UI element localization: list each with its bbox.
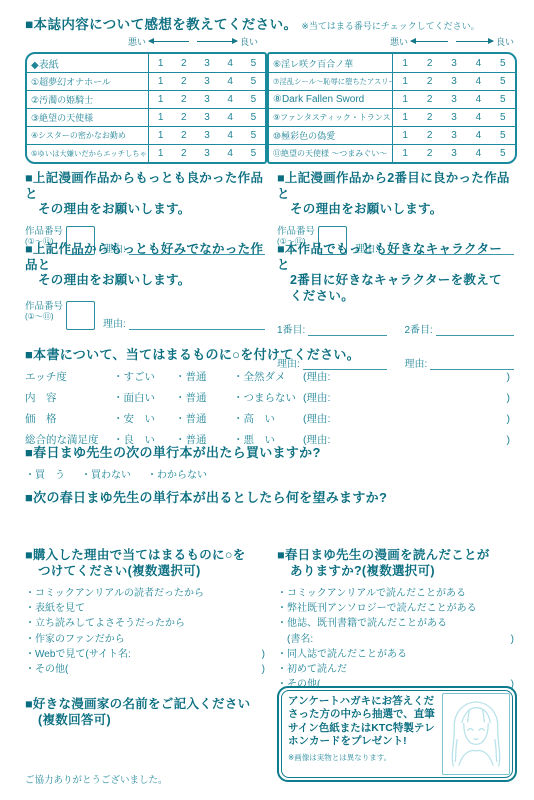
section-title: ■本書について、当てはまるものに○を付けてください。 [25,347,510,363]
rating-option: ・すごい [113,369,175,384]
rating-number: 2 [417,126,441,144]
reason-close: ) [507,413,511,425]
rating-number: 2 [172,144,195,162]
rating-row: エッチ度 ・すごい ・普通 ・全然ダメ (理由: ) [25,369,510,384]
scale-bad-label: 悪い [128,35,146,48]
rating-number: 5 [491,54,515,72]
rating-number: 3 [442,144,466,162]
reason-close: ) [507,371,511,383]
survey-row-label: ⑦淫乱シール～恥辱に堕ちたアスリート～ [269,72,393,90]
rating-number: 2 [172,72,195,90]
rating-number: 2 [417,108,441,126]
rating-number: 5 [242,54,265,72]
rating-number: 4 [466,54,490,72]
rating-number: 5 [491,108,515,126]
rating-number: 1 [149,126,172,144]
rating-scale-left: 悪い 良い [128,35,258,48]
work-number-label: 作品番号 [25,226,63,237]
reason-open: (理由: [303,369,330,384]
section-title: ■購入した理由で当てはまるものに○を つけてください(複数選択可) [25,548,265,579]
survey-row-label: ⑤ゆいは大嫌いだからエッチしちゃうの! [27,144,149,162]
rating-row: 価 格 ・安 い ・普通 ・高 い (理由: ) [25,411,510,426]
questionnaire-page: ■本誌内容について感想を教えてください。 ※当てはまる番号にチェックしてください… [0,0,534,800]
option-unsure: ・わからない [147,466,207,481]
rating-option: ・面白い [113,390,175,405]
survey-row-label: ⑧Dark Fallen Sword [269,90,393,108]
section-title: ■春日まゆ先生の漫画を読んだことが ありますか?(複数選択可) [277,548,514,579]
section-note: ※当てはまる番号にチェックしてください。 [301,19,479,32]
scale-good-label: 良い [496,35,514,48]
rating-number: 1 [149,108,172,126]
rating-number: 2 [172,126,195,144]
rating-number: 5 [491,144,515,162]
first-choice-underline [308,323,386,336]
rating-number: 4 [466,72,490,90]
character-sketch-icon [443,694,509,774]
section-title: ■好きな漫画家の名前をご記入ください (複数回答可) [25,697,265,728]
rating-number: 4 [219,108,242,126]
reason-close: ) [507,434,511,446]
rating-number: 2 [417,72,441,90]
rating-number: 1 [393,90,417,108]
least-liked-section: ■上記作品からもっとも好みでなかった作品と その理由をお願いします。 作品番号 … [25,242,265,331]
rating-number: 1 [149,90,172,108]
next-book-options: ・買 う ・買わない ・わからない [25,466,510,481]
rating-number: 3 [442,90,466,108]
work-number-label: 作品番号 [277,226,315,237]
rating-number: 4 [466,126,490,144]
rating-option: ・つまらない [233,390,303,405]
arrow-right-icon [197,41,237,43]
rating-number: 1 [393,54,417,72]
rating-number: 5 [491,72,515,90]
rating-number: 5 [491,126,515,144]
reason-underline [129,317,265,330]
prize-box: アンケートハガキにお答えくださった方の中から抽選で、直筆サイン色紙またはKTC特… [277,686,517,782]
rating-number: 1 [393,144,417,162]
rating-number: 2 [172,54,195,72]
rating-number: 1 [149,54,172,72]
section-title: ■上記作品からもっとも好みでなかった作品と その理由をお願いします。 [25,242,265,289]
rating-scale-right: 悪い 良い [390,35,514,48]
survey-row-label: ⑨ファンタスティック・トランスビースト [269,108,393,126]
read-before-list: ・コミックアンリアルで読んだことがある ・弊社既刊アンソロジーで読んだことがある… [277,586,514,692]
list-item: ・コミックアンリアルで読んだことがある [277,586,514,601]
purchase-reason-list: ・コミックアンリアルの読者だったから ・表紙を見て ・立ち読みしてよさそうだった… [25,586,265,677]
first-choice-label: 1番目: [277,321,305,336]
rating-number: 3 [442,108,466,126]
rating-number: 2 [417,90,441,108]
list-item: ・立ち読みしてよさそうだったから [25,616,265,631]
rating-number: 1 [393,126,417,144]
rating-number: 1 [393,108,417,126]
favorite-artist-section: ■好きな漫画家の名前をご記入ください (複数回答可) [25,697,265,728]
list-item: ・他誌、既刊書籍で読んだことがある [277,616,514,631]
rating-number: 3 [195,108,218,126]
prize-note: ※画像は実物とは異なります。 [288,751,436,764]
second-choice-underline [436,323,514,336]
rating-number: 4 [219,90,242,108]
survey-row-label: ③絶望の天使様 [27,108,149,126]
rating-number: 4 [466,90,490,108]
section-title: ■本誌内容について感想を教えてください。 [25,13,297,33]
option-buy: ・買 う [25,466,65,481]
work-number-box [66,301,95,330]
prize-illustration [442,693,510,775]
rating-row: 内 容 ・面白い ・普通 ・つまらない (理由: ) [25,390,510,405]
rating-number: 4 [219,126,242,144]
rating-number: 1 [149,144,172,162]
section-title: ■上記漫画作品からもっとも良かった作品と その理由をお願いします。 [25,171,265,218]
wish-section: ■次の春日まゆ先生の単行本が出るとしたら何を望みますか? [25,490,510,506]
section-title: ■本作品でもっとも好きなキャラクターと 2番目に好きなキャラクターを教えてくださ… [277,242,514,304]
arrow-right-icon [456,41,493,43]
reason-close: ) [507,392,511,404]
arrow-left-icon [149,41,189,43]
list-item: ・作家のファンだから [25,632,265,647]
rating-option: ・普通 [175,411,233,426]
arrow-left-icon [411,41,448,43]
rating-number: 5 [242,108,265,126]
rating-number: 3 [442,54,466,72]
rating-number: 3 [195,54,218,72]
reason-open: (理由: [303,390,330,405]
survey-row-label: ◆表紙 [27,54,149,72]
rating-number: 5 [242,126,265,144]
option-not-buy: ・買わない [81,466,131,481]
work-number-label: 作品番号 [25,301,63,312]
rating-number: 5 [242,72,265,90]
list-item: ・コミックアンリアルの読者だったから [25,586,265,601]
second-choice-label: 2番目: [405,321,433,336]
rating-number: 5 [242,144,265,162]
rating-number: 2 [417,144,441,162]
survey-section-header: ■本誌内容について感想を教えてください。 ※当てはまる番号にチェックしてください… [25,13,480,33]
rating-number: 4 [219,144,242,162]
purchase-reason-section: ■購入した理由で当てはまるものに○を つけてください(複数選択可) ・コミックア… [25,548,265,677]
book-rating-section: ■本書について、当てはまるものに○を付けてください。 エッチ度 ・すごい ・普通… [25,347,510,453]
rating-number: 3 [195,126,218,144]
rating-number: 4 [219,54,242,72]
list-item: ・同人誌で読んだことがある [277,647,514,662]
rating-number: 3 [195,72,218,90]
rating-option: ・普通 [175,390,233,405]
section-title: ■春日まゆ先生の次の単行本が出たら買いますか? [25,445,510,461]
rating-number: 3 [195,144,218,162]
survey-row-label: ⑪絶望の天使様 ～つまみぐい～ [269,144,393,162]
scale-bad-label: 悪い [390,35,408,48]
survey-row-label: ①超夢幻オナホール [27,72,149,90]
rating-number: 4 [466,108,490,126]
next-book-section: ■春日まゆ先生の次の単行本が出たら買いますか? ・買 う ・買わない ・わからな… [25,445,510,481]
list-item: ・初めて読んだ [277,662,514,677]
rating-number: 5 [242,90,265,108]
work-number-field: 作品番号 (①～⑪) 理由: [25,301,265,331]
rating-number: 4 [466,144,490,162]
rating-number: 5 [491,90,515,108]
list-item: ・Webで見て(サイト名:) [25,647,265,662]
rating-number: 2 [172,108,195,126]
survey-row-label: ②汚濁の姫騎士 [27,90,149,108]
rating-number: 2 [172,90,195,108]
footer-thanks: ご協力ありがとうございました。 [25,772,168,786]
prize-text: アンケートハガキにお答えくださった方の中から抽選で、直筆サイン色紙またはKTC特… [288,695,435,747]
rating-number: 1 [149,72,172,90]
work-number-range: (①～⑪) [25,312,63,322]
rating-category: 価 格 [25,411,113,426]
reason-label: 理由: [103,315,126,330]
reason-open: (理由: [303,411,330,426]
survey-row-label: ④シスターの密かなお勤め [27,126,149,144]
rating-option: ・普通 [175,369,233,384]
list-item: (書名:) [277,632,514,647]
rating-number: 3 [442,72,466,90]
rating-number: 1 [393,72,417,90]
survey-row-label: ⑥淫レ咲ク百合ノ華 [269,54,393,72]
character-name-fields: 1番目: 2番目: [277,321,514,336]
section-title: ■上記漫画作品から2番目に良かった作品と その理由をお願いします。 [277,171,514,218]
rating-option: ・安 い [113,411,175,426]
section-title: ■次の春日まゆ先生の単行本が出るとしたら何を望みますか? [25,490,510,506]
scale-good-label: 良い [240,35,258,48]
survey-table-right: ⑥淫レ咲ク百合ノ華 12345 ⑦淫乱シール～恥辱に堕ちたアスリート～ 1234… [267,52,517,164]
rating-number: 3 [195,90,218,108]
rating-option: ・全然ダメ [233,369,303,384]
list-item: ・弊社既刊アンソロジーで読んだことがある [277,601,514,616]
rating-option: ・高 い [233,411,303,426]
list-item: ・その他() [25,662,265,677]
rating-number: 3 [442,126,466,144]
list-item: ・表紙を見て [25,601,265,616]
read-before-section: ■春日まゆ先生の漫画を読んだことが ありますか?(複数選択可) ・コミックアンリ… [277,548,514,692]
rating-category: 内 容 [25,390,113,405]
rating-number: 4 [219,72,242,90]
rating-number: 2 [417,54,441,72]
survey-row-label: ⑩極彩色の偽愛 [269,126,393,144]
survey-table-left: ◆表紙 12345 ①超夢幻オナホール 12345 ②汚濁の姫騎士 12345 … [25,52,267,164]
rating-category: エッチ度 [25,369,113,384]
